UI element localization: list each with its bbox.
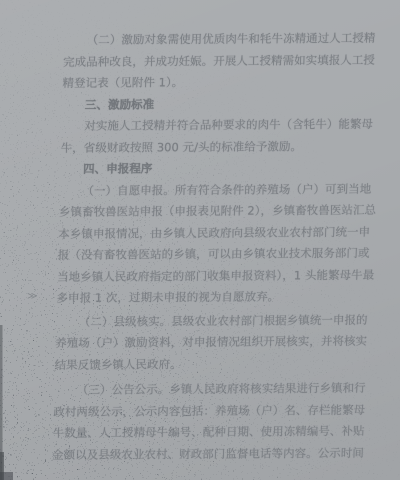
doc-line: 当地乡镇人民政府指定的部门收集申报资料），1 头能繁母牛最	[57, 264, 378, 288]
doc-line: 报（没有畜牧兽医站的乡镇，可以由乡镇农业技术服务部门或	[57, 243, 378, 267]
document-text-block: （二）激励对象需使用优质肉牛和牦牛冻精通过人工授精 完成品种改良，并成功妊娠。开…	[52, 28, 384, 466]
doc-line: 养殖场（户）激励资料，对申报情况组织开展核实，并将核实	[55, 331, 376, 355]
doc-line: 本乡镇申报情况，由乡镇人民政府向县级农业农村部门统一申	[58, 221, 379, 245]
scanned-document-page: （二）激励对象需使用优质肉牛和牦牛冻精通过人工授精 完成品种改良，并成功妊娠。开…	[0, 0, 400, 480]
section-heading-reward-standard: 三、激励标准	[62, 92, 383, 116]
scan-artifact-chevron: ≫	[27, 291, 37, 302]
doc-line: 乡镇畜牧兽医站申报（申报表见附件 2），乡镇畜牧兽医站汇总	[59, 200, 380, 224]
doc-line: 多申报 1 次，过期未申报的视为自愿放弃。	[56, 286, 377, 310]
page-corner-blob	[0, 472, 13, 480]
doc-line: 完成品种改良，并成功妊娠。开展人工授精需如实填报人工授	[63, 49, 384, 73]
doc-line: 金额以及县级农业农村、财政部门监督电话等内容。公示时间	[52, 442, 373, 466]
doc-line: 对实施人工授精并符合品种要求的肉牛（含牦牛）能繁母	[61, 114, 382, 138]
doc-line: （一）自愿申报。所有符合条件的养殖场（户）可到当地	[59, 178, 380, 202]
doc-line: （二）激励对象需使用优质肉牛和牦牛冻精通过人工授精	[63, 28, 384, 52]
doc-line: 牛数量、人工授精母牛编号、配种日期、使用冻精编号、补贴	[52, 421, 373, 445]
page-edge-strip	[0, 452, 4, 480]
doc-line: （三）公告公示。乡镇人民政府将核实结果进行乡镇和行	[54, 378, 375, 402]
section-heading-application-procedure: 四、申报程序	[60, 157, 381, 181]
doc-line: 精登记表（见附件 1）。	[62, 71, 383, 95]
doc-line: 牛，省级财政按照 300 元/头的标准给予激励。	[60, 135, 381, 159]
doc-line: 结果反馈乡镇人民政府。	[54, 352, 375, 376]
page-edge-strip	[0, 325, 3, 480]
doc-line: （二）县级核实。县级农业农村部门根据乡镇统一申报的	[56, 309, 377, 333]
doc-line: 政村两级公示，公示内容包括：养殖场（户）名、存栏能繁母	[53, 399, 374, 423]
